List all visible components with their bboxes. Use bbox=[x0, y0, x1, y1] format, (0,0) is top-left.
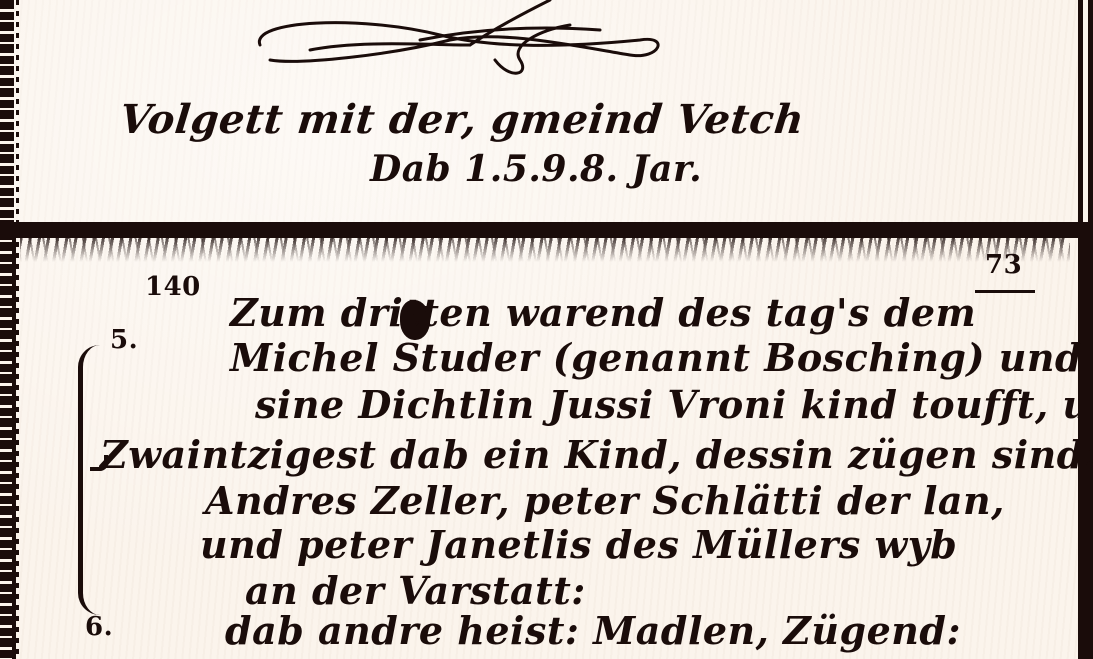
entry-number-5: 5. bbox=[110, 325, 138, 355]
manuscript-page: Volgett mit der, gmeind Vetch Dab 1.5.9.… bbox=[0, 0, 1093, 659]
folio-number: 73 bbox=[985, 250, 1022, 280]
decorative-flourish-icon bbox=[240, 0, 670, 90]
manuscript-line-2: Michel Studer (genannt Bosching) und bbox=[230, 335, 1082, 380]
manuscript-line-4: Zwaintzigest dab ein Kind, dessin zügen … bbox=[100, 432, 1093, 477]
margin-bracket bbox=[78, 345, 105, 615]
scan-edge-right-line bbox=[1080, 0, 1083, 230]
manuscript-line-7: an der Varstatt: bbox=[245, 568, 586, 613]
scan-torn-edge bbox=[20, 236, 1070, 262]
manuscript-line-5: Andres Zeller, peter Schlätti der lan, bbox=[205, 478, 1005, 523]
heading-line-2-year: Dab 1.5.9.8. Jar. bbox=[370, 148, 702, 190]
heading-line-1: Volgett mit der, gmeind Vetch bbox=[118, 96, 807, 143]
manuscript-line-6: und peter Janetlis des Müllers wyb bbox=[200, 522, 957, 567]
scan-edge-left-inner bbox=[16, 0, 19, 659]
manuscript-line-1: Zum dritten warend des tag's dem bbox=[230, 290, 976, 335]
manuscript-line-8: dab andre heist: Madlen, Zügend: bbox=[225, 608, 961, 653]
manuscript-line-3: sine Dichtlin Jussi Vroni kind toufft, u… bbox=[255, 382, 1093, 427]
lower-page-left-edge bbox=[12, 236, 16, 659]
margin-number-140: 140 bbox=[145, 272, 201, 302]
entry-number-6: 6. bbox=[85, 612, 113, 642]
folio-underline bbox=[975, 290, 1035, 293]
